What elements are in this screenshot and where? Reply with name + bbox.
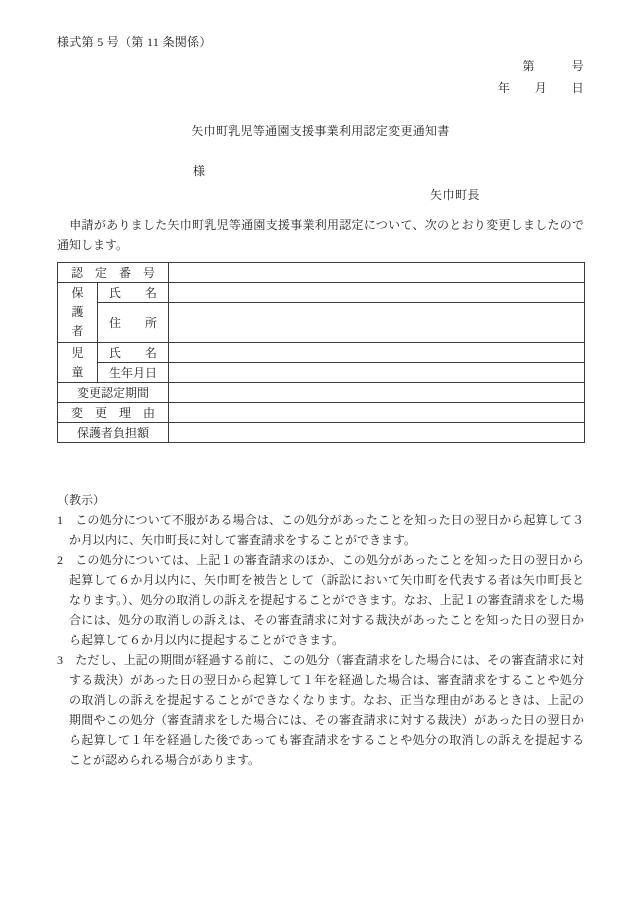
guardian-name-label: 氏 名 — [98, 283, 169, 303]
document-number-line: 第 号 — [57, 55, 584, 77]
table-row: 認 定 番 号 — [58, 263, 585, 283]
certification-number-label: 認 定 番 号 — [58, 263, 169, 283]
issuer-name: 矢巾町長 — [430, 187, 584, 203]
document-page: 様式第 5 号（第 11 条関係） 第 号 年 月 日 矢巾町乳児等通園支援事業… — [0, 0, 630, 903]
child-group-label: 児童 — [58, 343, 98, 383]
table-row: 変更認定期間 — [58, 383, 585, 403]
child-group-label-text: 児童 — [71, 344, 84, 382]
child-birthdate-label: 生年月日 — [98, 363, 169, 383]
form-number: 様式第 5 号（第 11 条関係） — [57, 34, 584, 50]
guardian-address-value — [169, 303, 585, 343]
guardian-address-label: 住 所 — [98, 303, 169, 343]
change-reason-label: 変 更 理 由 — [58, 403, 169, 423]
intro-paragraph: 申請がありました矢巾町乳児等通園支援事業利用認定について、次のとおり変更しました… — [57, 215, 584, 255]
guardian-group-label: 保護者 — [58, 283, 98, 343]
certification-number-value — [169, 263, 585, 283]
document-title: 矢巾町乳児等通園支援事業利用認定変更通知書 — [57, 123, 584, 139]
date-line: 年 月 日 — [57, 77, 584, 99]
change-reason-value — [169, 403, 585, 423]
child-name-value — [169, 343, 585, 363]
guardian-payment-label: 保護者負担額 — [58, 423, 169, 443]
guardian-payment-value — [169, 423, 585, 443]
child-name-label: 氏 名 — [98, 343, 169, 363]
table-row: 保護者負担額 — [58, 423, 585, 443]
instruction-item-3: 3 ただし、上記の期間が経過する前に、この処分（審査請求をした場合には、その審査… — [57, 650, 584, 770]
table-row: 変 更 理 由 — [58, 403, 585, 423]
instruction-item-1: 1 この処分について不服がある場合は、この処分があったことを知った日の翌日から起… — [57, 510, 584, 550]
table-row: 児童 氏 名 — [58, 343, 585, 363]
addressee-honorific: 様 — [193, 163, 584, 179]
table-row: 住 所 — [58, 303, 585, 343]
instruction-item-2: 2 この処分については、上記１の審査請求のほか、この処分があったことを知った日の… — [57, 550, 584, 650]
child-birthdate-value — [169, 363, 585, 383]
instructions-heading: （教示） — [57, 490, 584, 510]
guardian-name-value — [169, 283, 585, 303]
change-period-label: 変更認定期間 — [58, 383, 169, 403]
certification-table: 認 定 番 号 保護者 氏 名 住 所 児童 氏 名 生年月日 — [57, 262, 585, 443]
table-row: 保護者 氏 名 — [58, 283, 585, 303]
guardian-group-label-text: 保護者 — [71, 284, 84, 341]
table-row: 生年月日 — [58, 363, 585, 383]
change-period-value — [169, 383, 585, 403]
